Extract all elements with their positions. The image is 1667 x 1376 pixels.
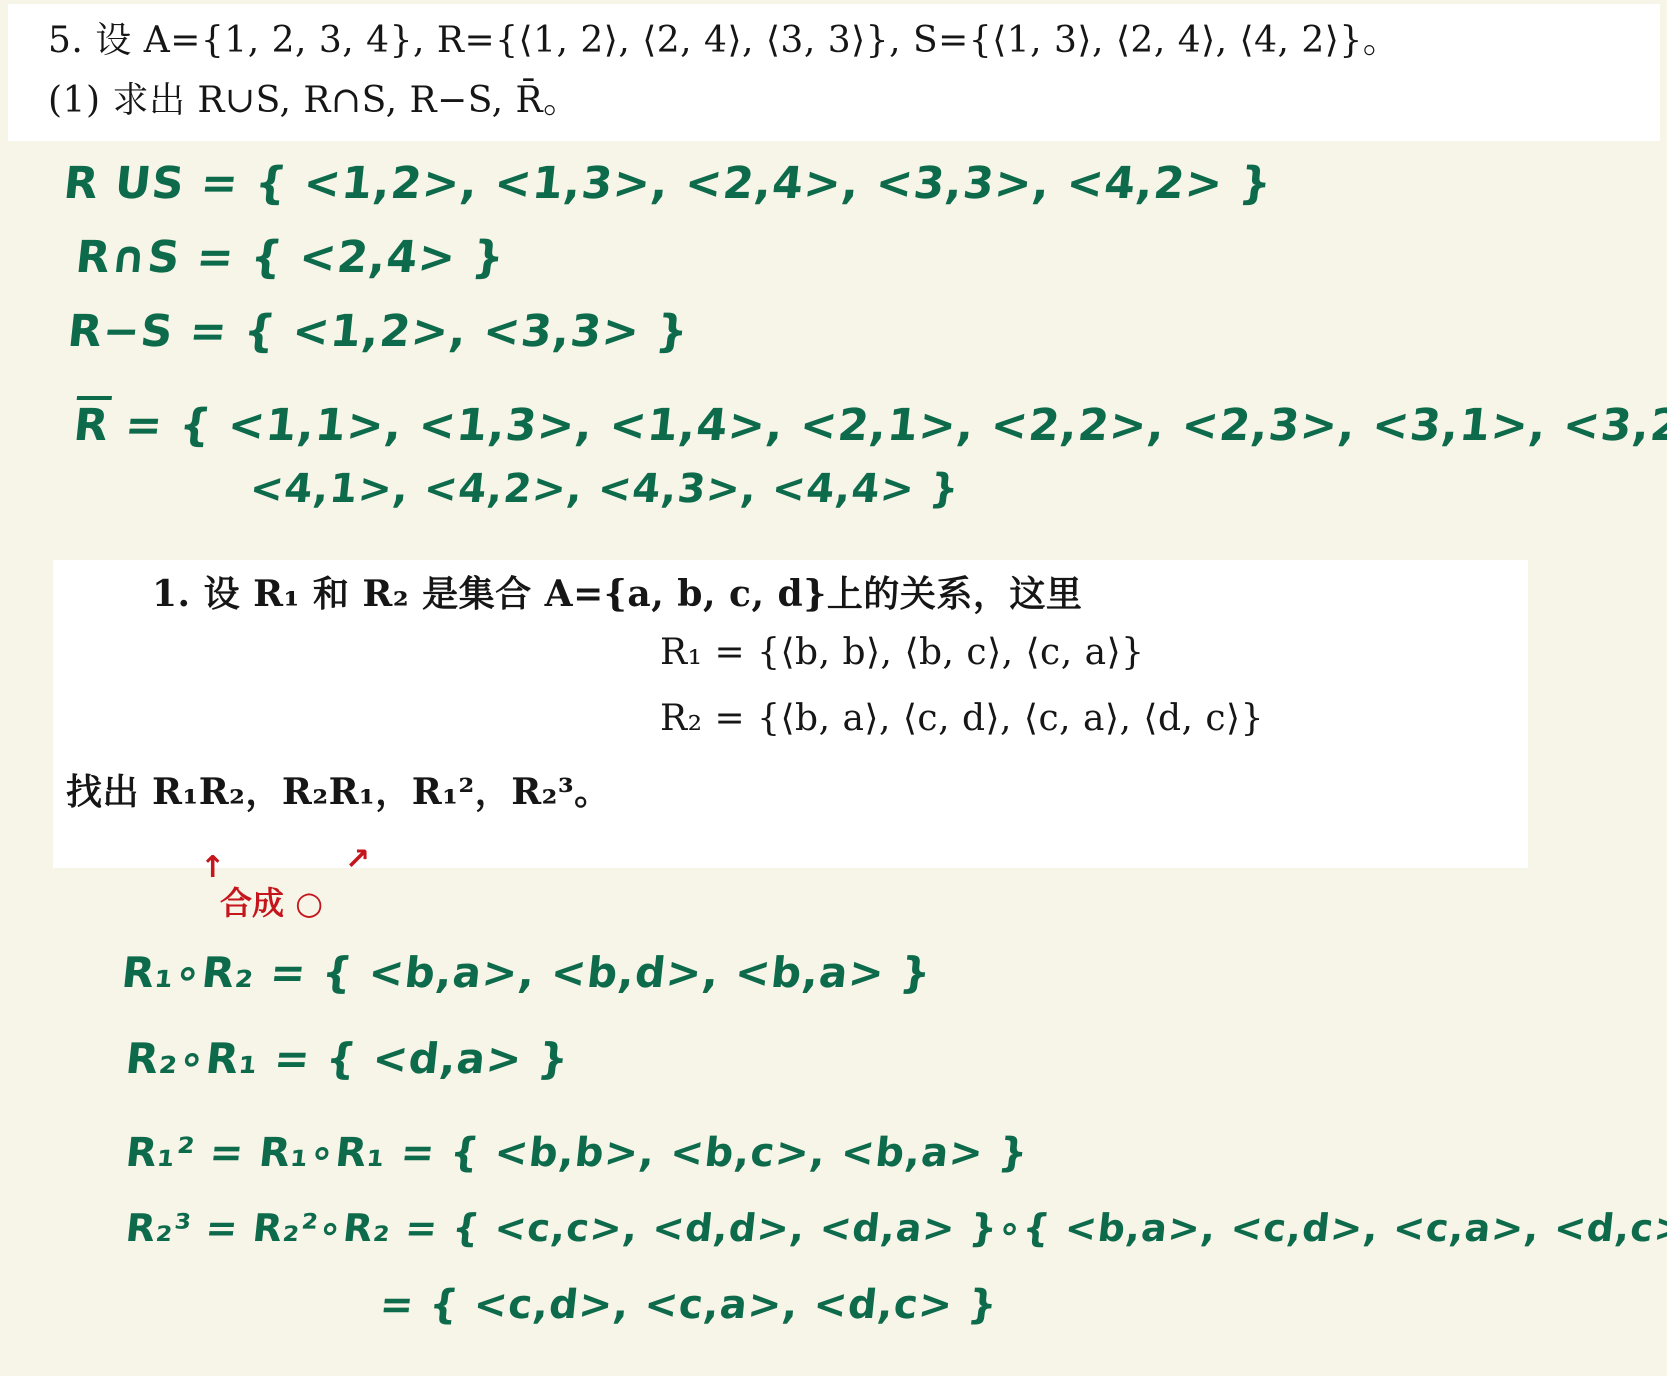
answer-union: R US = { <1,2>, <1,3>, <2,4>, <3,3>, <4,… (61, 158, 1274, 209)
problem-1-question: 找出 R₁R₂，R₂R₁，R₁²，R₂³。 (66, 764, 611, 815)
problem-5-question: (1) 求出 R∪S, R∩S, R−S, R̄。 (48, 72, 580, 123)
problem-1-r1-definition: R₁ = {⟨b, b⟩, ⟨b, c⟩, ⟨c, a⟩} (660, 632, 1145, 673)
answer-difference: R−S = { <1,2>, <3,3> } (65, 306, 691, 357)
annotation-composition-label: 合成 ○ (220, 878, 323, 924)
answer-r1-compose-r2: R₁∘R₂ = { <b,a>, <b,d>, <b,a> } (119, 948, 934, 997)
answer-intersection: R∩S = { <2,4> } (73, 232, 507, 283)
complement-r-symbol: R (71, 400, 111, 451)
answer-complement: R = { <1,1>, <1,3>, <1,4>, <2,1>, <2,2>,… (71, 400, 1667, 451)
answer-complement-line2: <4,1>, <4,2>, <4,3>, <4,4> } (248, 466, 962, 512)
problem-1-statement: 1. 设 R₁ 和 R₂ 是集合 A={a, b, c, d}上的关系，这里 (152, 566, 1082, 617)
problem-1-r2-definition: R₂ = {⟨b, a⟩, ⟨c, d⟩, ⟨c, a⟩, ⟨d, c⟩} (660, 698, 1264, 739)
complement-set-line1: = { <1,1>, <1,3>, <1,4>, <2,1>, <2,2>, <… (123, 400, 1667, 451)
answer-r2-compose-r1: R₂∘R₁ = { <d,a> } (123, 1034, 571, 1083)
problem-5-statement: 5. 设 A={1, 2, 3, 4}, R={⟨1, 2⟩, ⟨2, 4⟩, … (48, 12, 1399, 63)
answer-r2-cubed: R₂³ = R₂²∘R₂ = { <c,c>, <d,d>, <d,a> }∘{… (124, 1206, 1667, 1250)
annotation-arrow-right-icon: ↗ (345, 842, 370, 877)
answer-r1-squared: R₁² = R₁∘R₁ = { <b,b>, <b,c>, <b,a> } (124, 1130, 1031, 1176)
answer-r2-cubed-result: = { <c,d>, <c,a>, <d,c> } (378, 1282, 1000, 1328)
